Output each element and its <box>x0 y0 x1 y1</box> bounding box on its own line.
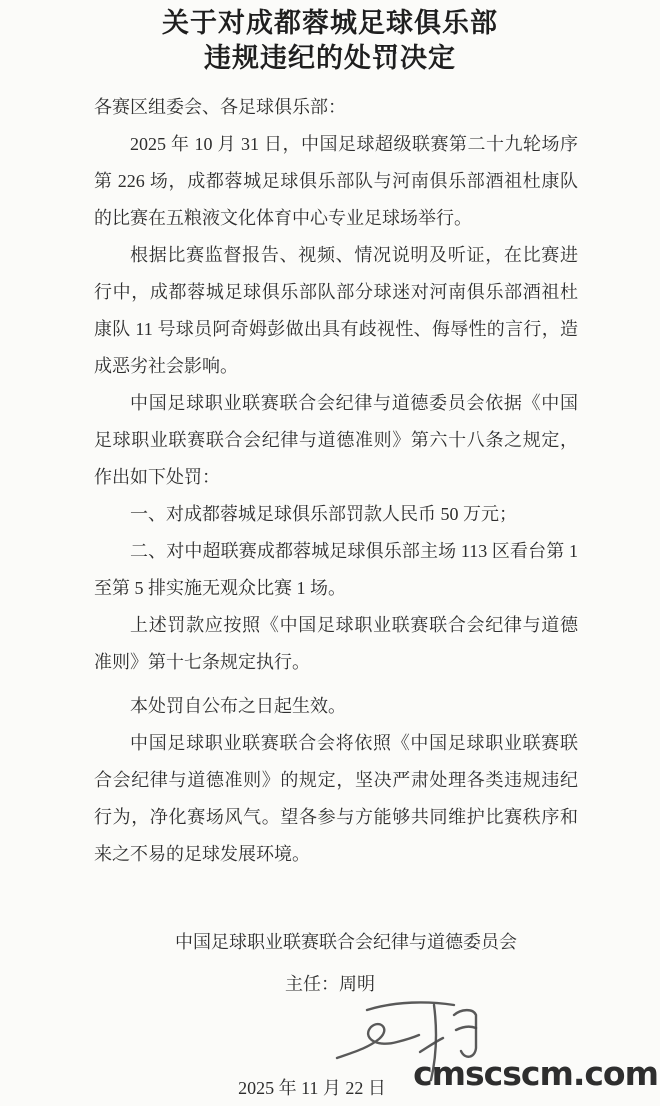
penalty-decision-document: 关于对成都蓉城足球俱乐部 违规违纪的处罚决定 各赛区组委会、各足球俱乐部： 20… <box>0 0 660 1106</box>
document-title-line-1: 关于对成都蓉城足球俱乐部 <box>0 6 660 41</box>
paragraph-closing-statement: 中国足球职业联赛联合会将依照《中国足球职业联赛联合会纪律与道德准则》的规定，坚决… <box>94 725 578 873</box>
document-body: 各赛区组委会、各足球俱乐部： 2025 年 10 月 31 日，中国足球超级联赛… <box>94 89 578 873</box>
paragraph-match-info: 2025 年 10 月 31 日，中国足球超级联赛第二十九轮场序第 226 场，… <box>94 126 578 237</box>
paragraph-fine-execution: 上述罚款应按照《中国足球职业联赛联合会纪律与道德准则》第十七条规定执行。 <box>94 607 578 681</box>
penalty-item-2-stand-closure: 二、对中超联赛成都蓉城足球俱乐部主场 113 区看台第 1 至第 5 排实施无观… <box>94 533 578 607</box>
paragraph-rule-basis: 中国足球职业联赛联合会纪律与道德委员会依据《中国足球职业联赛联合会纪律与道德准则… <box>94 385 578 496</box>
salutation-line: 各赛区组委会、各足球俱乐部： <box>94 89 578 126</box>
director-name-line: 主任：周明 <box>0 970 660 996</box>
watermark-site-url: cmscscm.com <box>413 1054 658 1093</box>
paragraph-effective-date: 本处罚自公布之日起生效。 <box>94 688 578 725</box>
document-title-line-2: 违规违纪的处罚决定 <box>0 41 660 76</box>
penalty-item-1-fine: 一、对成都蓉城足球俱乐部罚款人民币 50 万元； <box>94 496 578 533</box>
paragraph-incident-description: 根据比赛监督报告、视频、情况说明及听证，在比赛进行中，成都蓉城足球俱乐部队部分球… <box>94 237 578 385</box>
document-title: 关于对成都蓉城足球俱乐部 违规违纪的处罚决定 <box>0 0 660 76</box>
issuing-committee-name: 中国足球职业联赛联合会纪律与道德委员会 <box>16 928 660 954</box>
